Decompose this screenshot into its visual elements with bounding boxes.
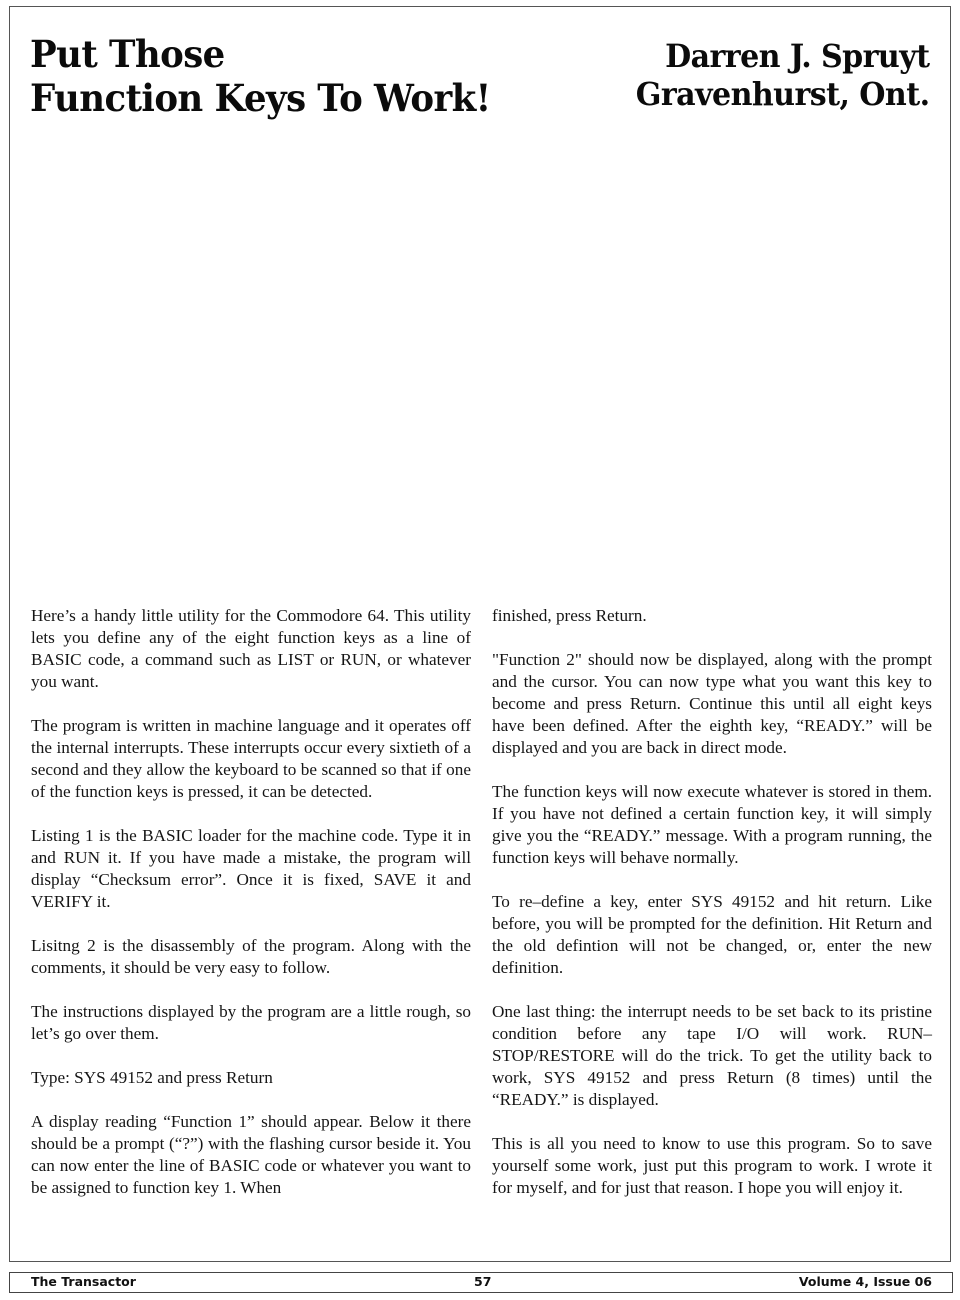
page-footer: The Transactor 57 Volume 4, Issue 06	[9, 1272, 953, 1293]
publication-name: The Transactor	[31, 1273, 136, 1291]
author-name: Darren J. Spruyt	[635, 37, 929, 75]
paragraph: "Function 2" should now be displayed, al…	[492, 649, 932, 759]
paragraph: Type: SYS 49152 and press Return	[31, 1067, 471, 1089]
byline: Darren J. Spruyt Gravenhurst, Ont.	[635, 37, 929, 113]
paragraph: Here’s a handy little utility for the Co…	[31, 605, 471, 693]
title-line-2: Function Keys To Work!	[30, 76, 491, 120]
paragraph: To re–define a key, enter SYS 49152 and …	[492, 891, 932, 979]
paragraph: The function keys will now execute whate…	[492, 781, 932, 869]
paragraph: finished, press Return.	[492, 605, 932, 627]
issue-label: Volume 4, Issue 06	[799, 1273, 932, 1291]
paragraph: The instructions displayed by the progra…	[31, 1001, 471, 1045]
paragraph: This is all you need to know to use this…	[492, 1133, 932, 1199]
article-title: Put Those Function Keys To Work!	[30, 32, 491, 120]
paragraph: Listing 1 is the BASIC loader for the ma…	[31, 825, 471, 913]
paragraph: Lisitng 2 is the disassembly of the prog…	[31, 935, 471, 979]
paragraph: One last thing: the interrupt needs to b…	[492, 1001, 932, 1111]
page-number: 57	[474, 1273, 491, 1291]
body-column-left: Here’s a handy little utility for the Co…	[31, 605, 471, 1221]
paragraph: The program is written in machine langua…	[31, 715, 471, 803]
paragraph: A display reading “Function 1” should ap…	[31, 1111, 471, 1199]
author-location: Gravenhurst, Ont.	[635, 75, 929, 113]
body-column-right: finished, press Return. "Function 2" sho…	[492, 605, 932, 1221]
title-line-1: Put Those	[30, 32, 491, 76]
